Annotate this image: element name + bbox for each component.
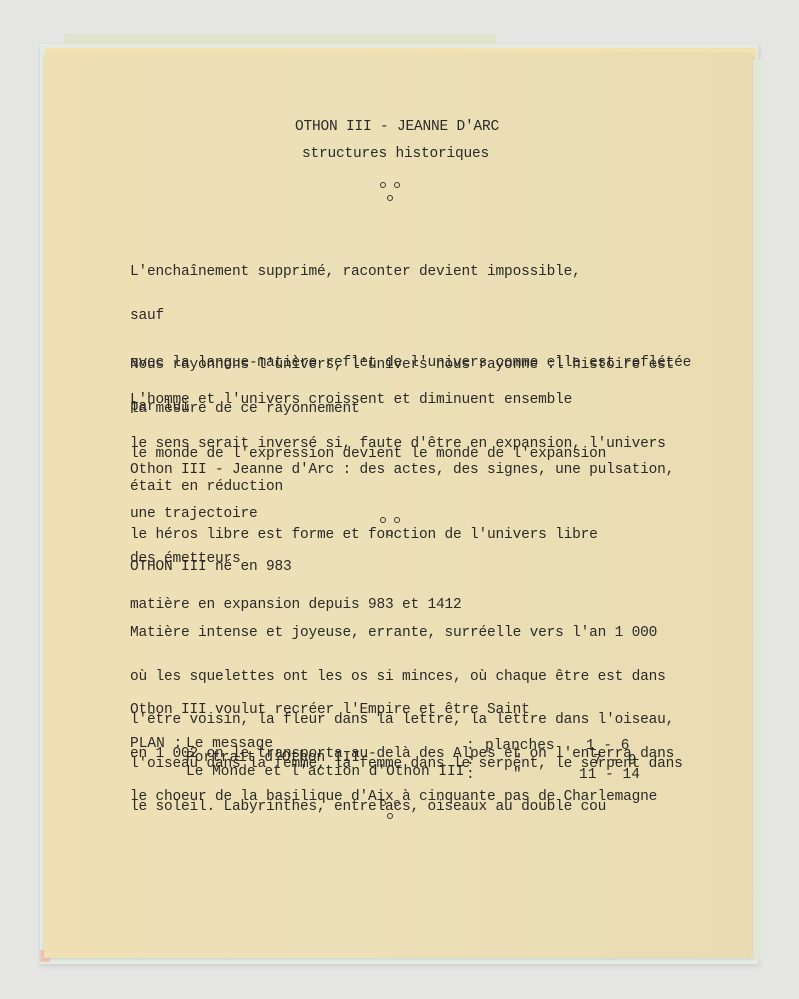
- plan-colon: :: [466, 739, 475, 754]
- line: Othon III - Jeanne d'Arc : des actes, de…: [130, 463, 674, 478]
- paper-stack-edge-right: [752, 60, 766, 960]
- typewritten-page: OTHON III - JEANNE D'ARC structures hist…: [44, 54, 752, 958]
- ornament-divider: [376, 800, 406, 822]
- plan-label: PLAN :: [130, 737, 182, 752]
- plan-colon: :: [466, 768, 475, 783]
- line: Othon III voulut recréer l'Empire et êtr…: [130, 703, 674, 718]
- plan-item-title: Le Monde et l'action d'Othon III: [186, 765, 464, 780]
- plan-item-range: 1 - 6: [586, 739, 630, 754]
- document-title: OTHON III - JEANNE D'ARC: [295, 120, 499, 135]
- plan-item-range: 11 - 14: [579, 768, 640, 783]
- document-subtitle: structures historiques: [302, 147, 489, 162]
- section-heading: OTHON III né en 983: [130, 560, 292, 575]
- ornament-divider: [376, 182, 406, 204]
- plan-item-unit: planches: [485, 739, 555, 754]
- line: L'homme et l'univers croissent et diminu…: [130, 393, 666, 408]
- ornament-divider: [376, 517, 406, 539]
- line: sauf: [130, 309, 691, 324]
- line: L'enchaînement supprimé, raconter devien…: [130, 265, 691, 280]
- plan-item-unit: ": [513, 768, 522, 783]
- line: Matière intense et joyeuse, errante, sur…: [130, 626, 683, 641]
